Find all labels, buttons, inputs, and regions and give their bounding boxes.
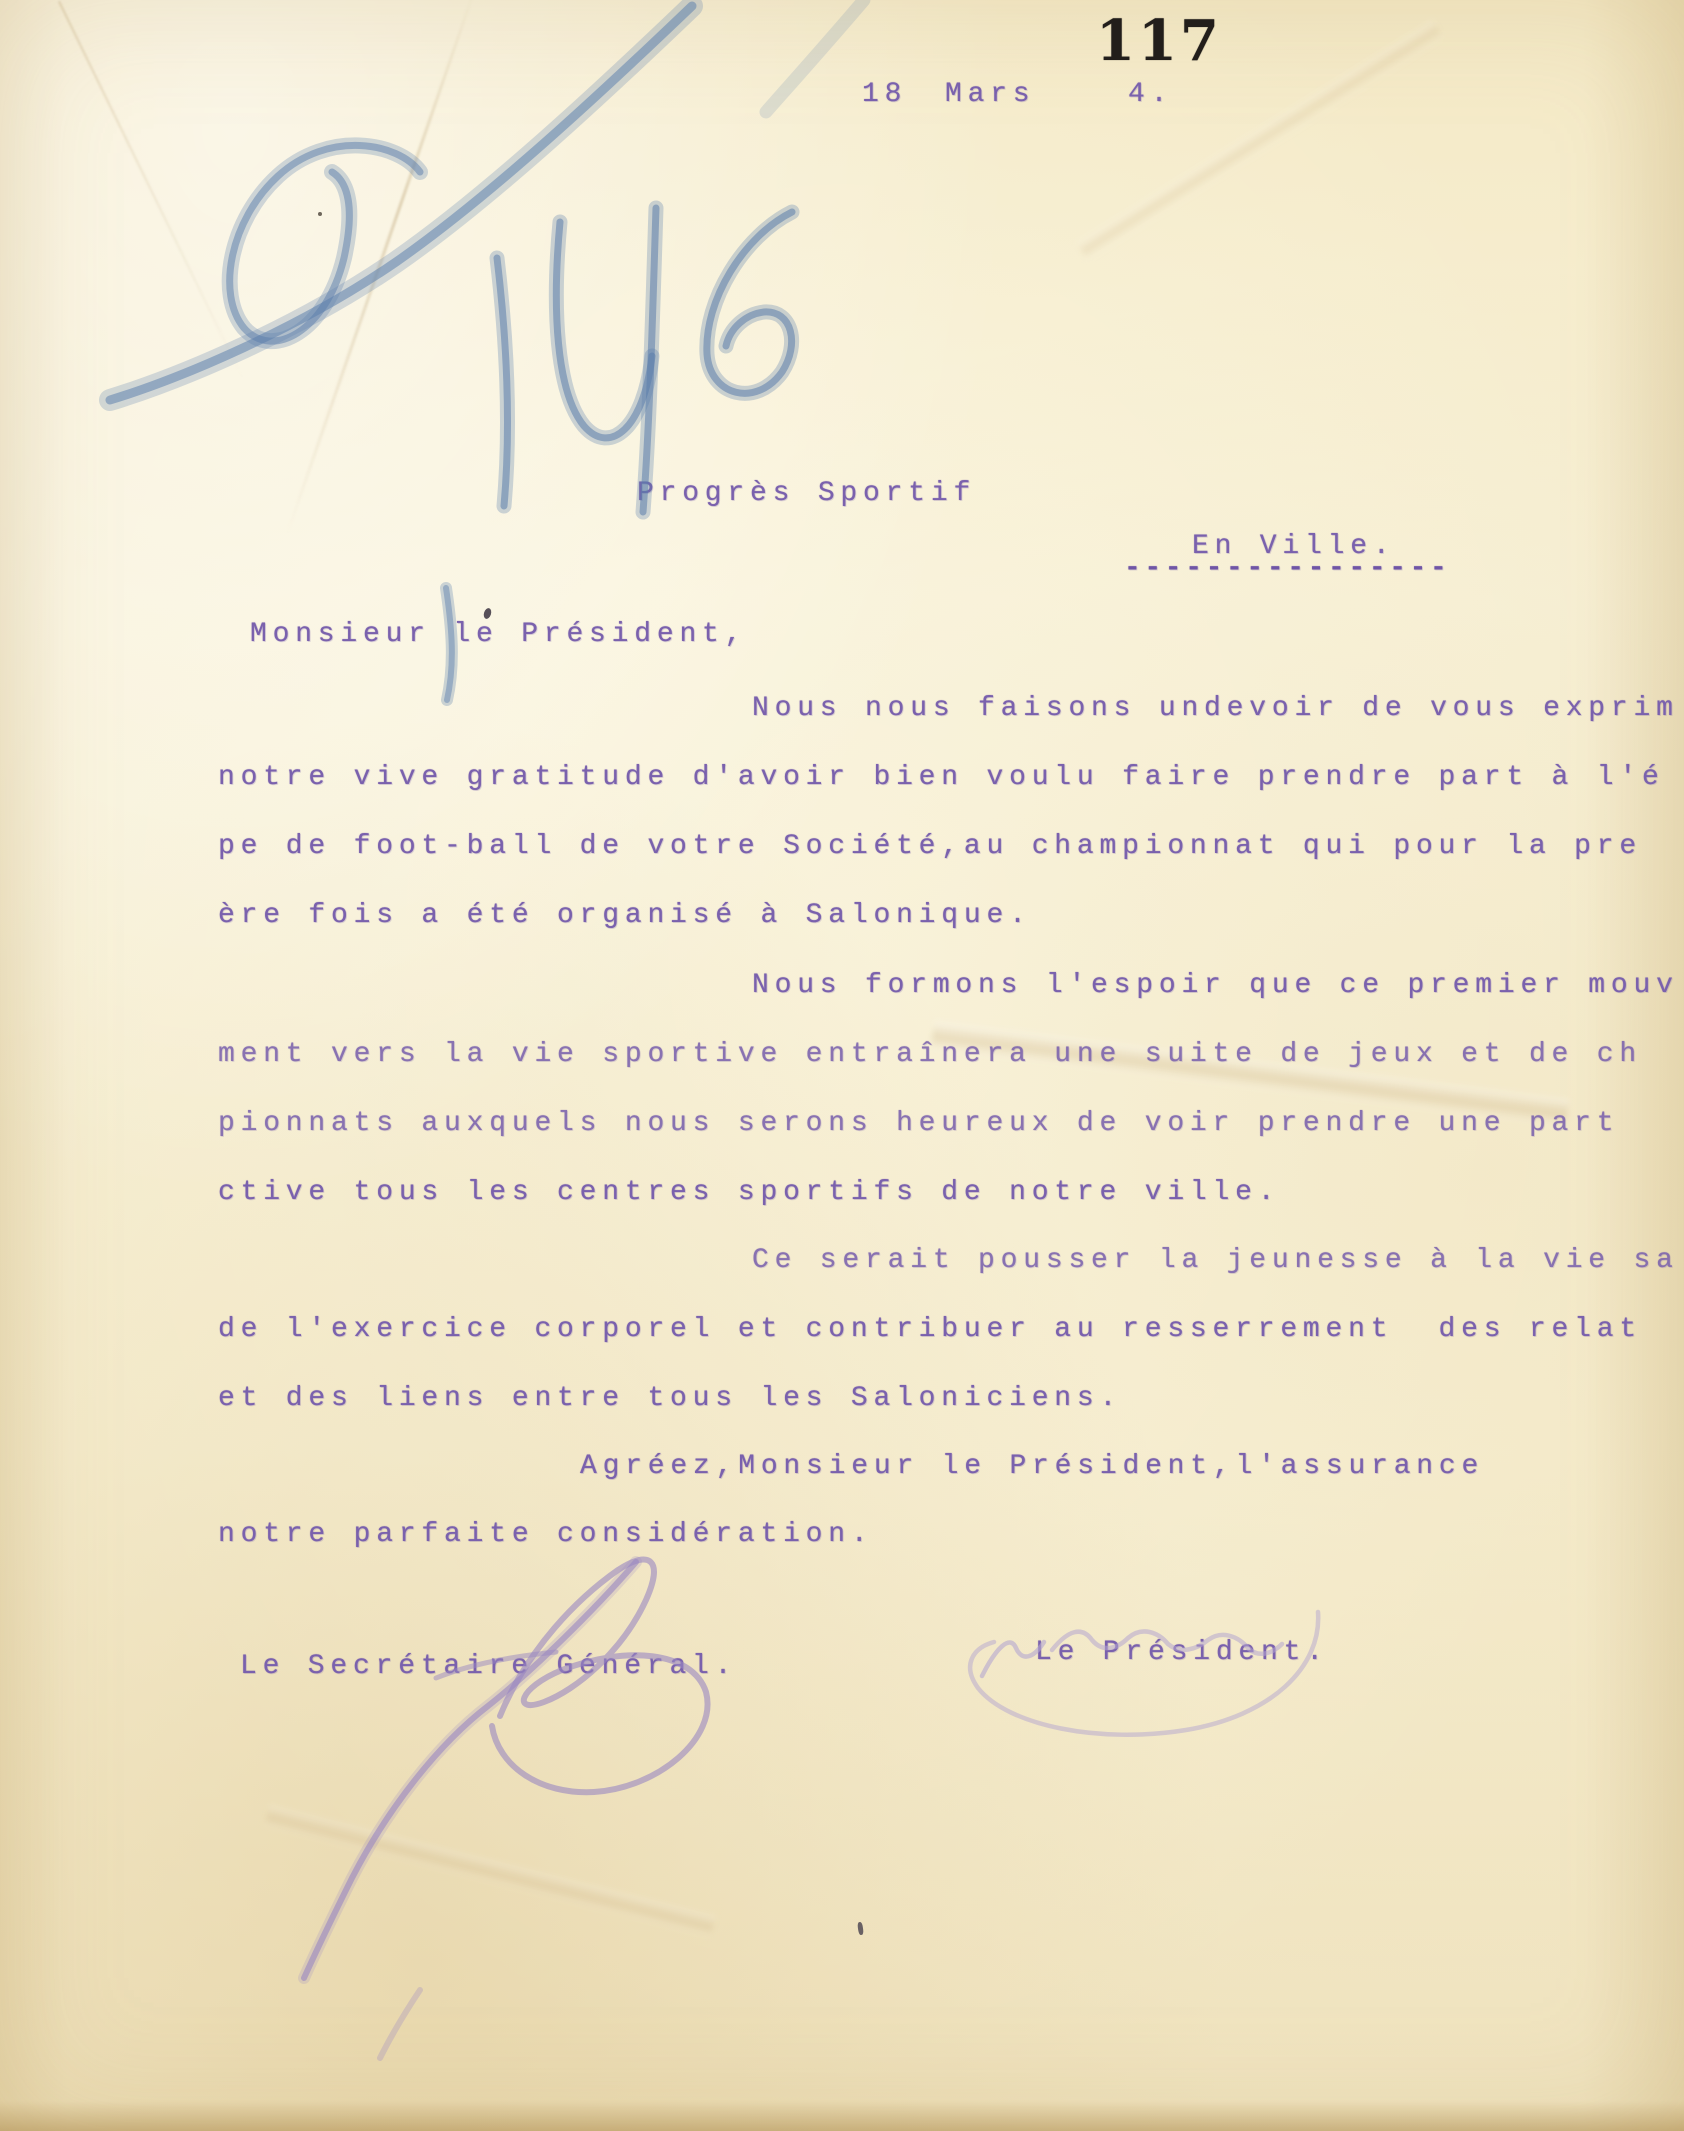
- body-line-7: pionnats auxquels nous serons heureux de…: [218, 1107, 1619, 1141]
- body-line-13: notre parfaite considération.: [218, 1518, 873, 1552]
- date-number: 4.: [1128, 78, 1173, 112]
- recipient-city-underline: ----------------: [1124, 552, 1450, 586]
- paper-crease: [286, 0, 478, 535]
- date-month: Mars: [945, 78, 1035, 112]
- body-line-10: de l'exercice corporel et contribuer au …: [218, 1313, 1642, 1347]
- body-line-3: pe de foot-ball de votre Société,au cham…: [218, 830, 1642, 864]
- date-day: 18: [862, 78, 907, 112]
- closing-president: Le Président.: [1035, 1636, 1329, 1670]
- president-signature: [970, 1612, 1318, 1735]
- body-line-4: ère fois a été organisé à Salonique.: [218, 899, 1032, 933]
- body-line-8: ctive tous les centres sportifs de notre…: [218, 1176, 1280, 1210]
- body-line-9: Ce serait pousser la jeunesse à la vie s…: [752, 1244, 1679, 1278]
- body-line-2: notre vive gratitude d'avoir bien voulu …: [218, 761, 1665, 795]
- body-line-11: et des liens entre tous les Saloniciens.: [218, 1382, 1122, 1416]
- paper-crease: [264, 1805, 716, 1938]
- body-line-12: Agréez,Monsieur le Président,l'assurance: [580, 1450, 1484, 1484]
- archive-page-number: 117: [1096, 8, 1222, 74]
- body-line-1: Nous nous faisons undevoir de vous expri…: [752, 692, 1679, 726]
- body-line-5: Nous formons l'espoir que ce premier mou…: [752, 969, 1679, 1003]
- salutation: Monsieur le Président,: [250, 618, 747, 652]
- scanned-letter-page: 117 18 Mars 4. Progrès Sportif En Ville.…: [0, 0, 1684, 2131]
- closing-secretary: Le Secrétaire Général.: [240, 1650, 737, 1684]
- paper-bottom-edge-shadow: [0, 2101, 1684, 2131]
- paper-crease: [58, 1, 244, 379]
- handwritten-number-0-146: [110, 0, 864, 700]
- ink-speck: [318, 212, 322, 216]
- secretary-signature: [304, 1560, 708, 2058]
- ink-speck: [857, 1922, 864, 1936]
- recipient-organization: Progrès Sportif: [637, 477, 976, 511]
- body-line-6: ment vers la vie sportive entraînera une…: [218, 1038, 1642, 1072]
